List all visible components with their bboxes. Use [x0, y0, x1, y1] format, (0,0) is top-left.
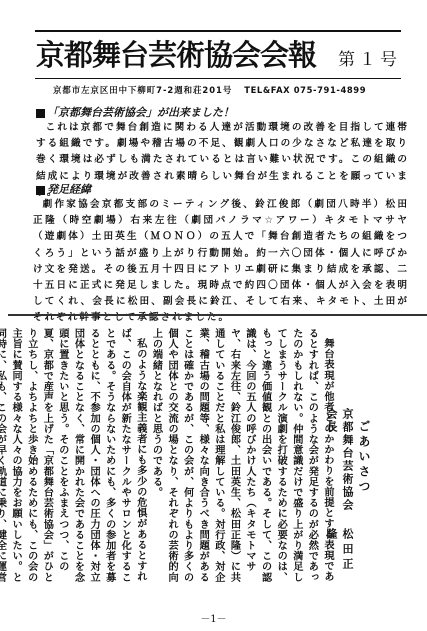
greeting-paragraph: 私のような楽観主義者にも多少の危惧があるとすれば、この会自体が新たなサークルやサ…: [0, 328, 148, 588]
greeting-paragraph: 舞台表現が他者とのかかわりを前提とする表現であるとすれば、このような会が発足する…: [148, 328, 335, 588]
greeting-title: ごあいさつ: [356, 420, 373, 495]
greeting-body: 舞台表現が他者とのかかわりを前提とする表現であるとすれば、このような会が発足する…: [0, 328, 335, 588]
address-line: 京都市左京区田中下柳町7-2週和荘201号TEL&FAX 075-791-489…: [53, 84, 366, 96]
issue-number: 第１号: [338, 45, 401, 70]
section-heading: 「京都舞台芸術協会」が出来ました！: [36, 106, 409, 120]
postal-address: 京都市左京区田中下柳町7-2週和荘201号: [53, 85, 232, 95]
newsletter-title: 京都舞台芸術協会会報: [36, 33, 316, 77]
section-heading: 発足経緯: [36, 183, 409, 197]
top-rule: [35, 30, 401, 32]
greeting-column: ごあいさつ 京都舞台芸術協会会長 松田正隆 舞台表現が他者とのかかわりを前提とす…: [80, 328, 425, 588]
tel-fax: TEL&FAX 075-791-4899: [244, 85, 366, 95]
masthead: 京都舞台芸術協会会報 第１号: [36, 33, 401, 77]
section-background: 発足経緯 劇作家協会京都支部のミーティング後、鈴江俊郎（劇団八時半）松田正隆（時…: [36, 183, 409, 327]
section-body: 劇作家協会京都支部のミーティング後、鈴江俊郎（劇団八時半）松田正隆（時空劇場）右…: [33, 197, 409, 327]
masthead-rule: [35, 78, 401, 79]
section-divider: [8, 314, 427, 316]
square-bullet-icon: [36, 109, 45, 118]
square-bullet-icon: [36, 186, 45, 195]
page-number: －1－: [0, 610, 427, 625]
